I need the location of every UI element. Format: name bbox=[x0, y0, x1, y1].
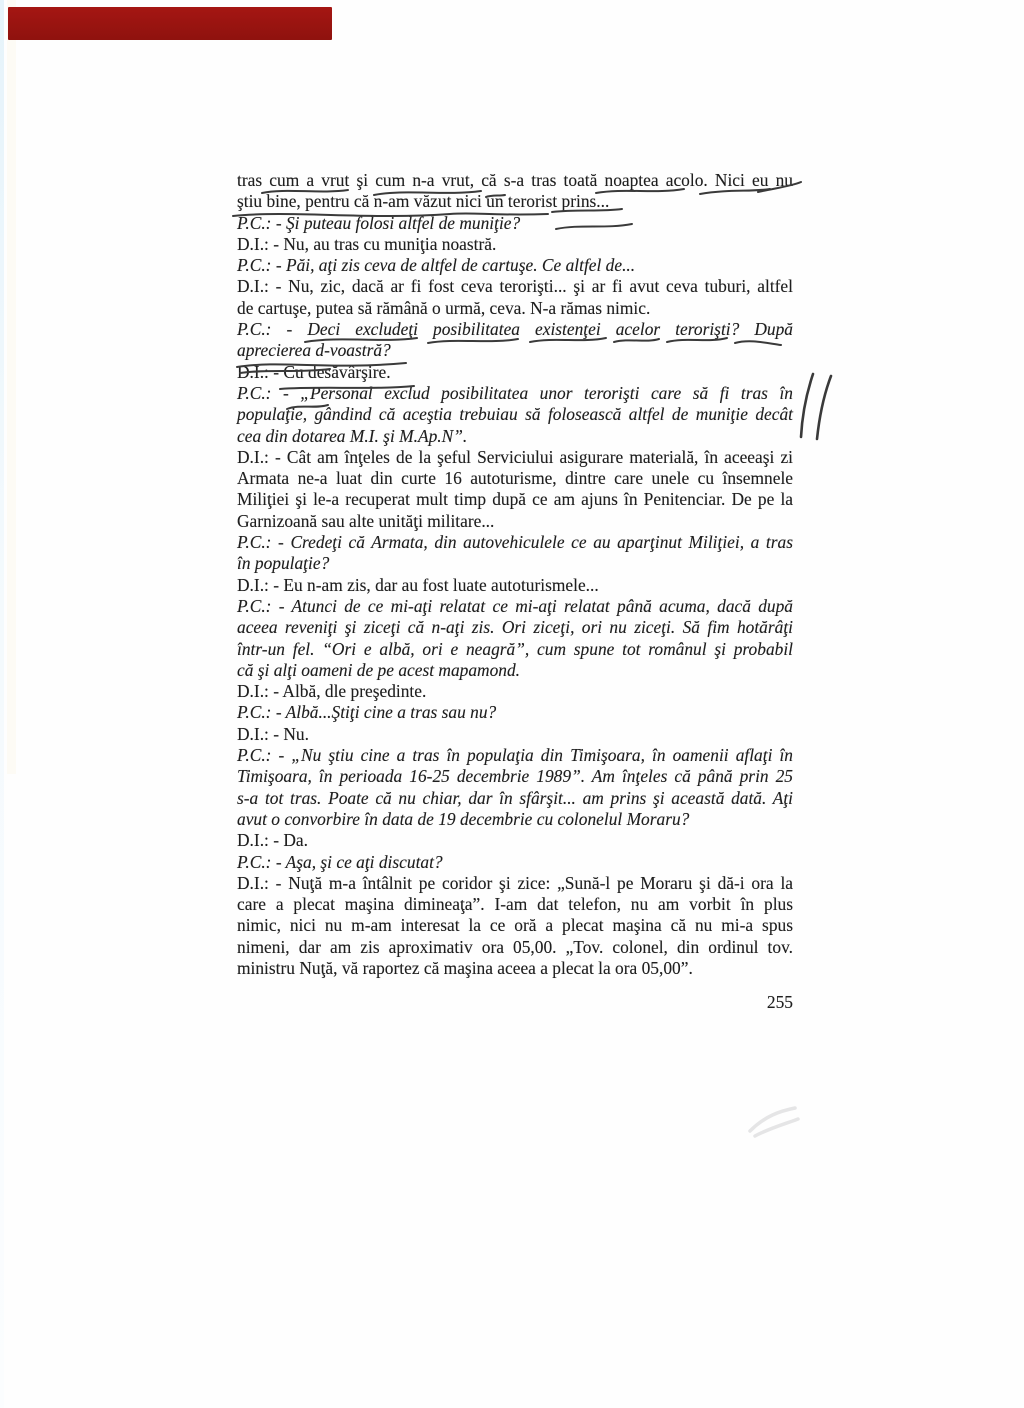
paragraph: P.C.: - Şi puteau folosi altfel de muniţ… bbox=[237, 213, 793, 234]
text-line: populaţie, gândind că aceştia trebuiau s… bbox=[237, 404, 793, 425]
paragraph: P.C.: - Păi, aţi zis ceva de altfel de c… bbox=[237, 255, 793, 276]
text-line: P.C.: - Păi, aţi zis ceva de altfel de c… bbox=[237, 255, 793, 276]
text-line: P.C.: - Albă...Ştiţi cine a tras sau nu? bbox=[237, 702, 793, 723]
text-line: aprecierea d-voastră? bbox=[237, 340, 793, 361]
text-line: Armata ne-a luat din curte 16 autoturism… bbox=[237, 468, 793, 489]
paragraph: tras cum a vrut şi cum n-a vrut, că s-a … bbox=[237, 170, 793, 213]
paragraph: D.I.: - Eu n-am zis, dar au fost luate a… bbox=[237, 575, 793, 596]
text-line: nimeni, dar am zis aproximativ ora 05,00… bbox=[237, 937, 793, 958]
paragraph: D.I.: - Nuţă m-a întâlnit pe coridor şi … bbox=[237, 873, 793, 979]
scan-edge-tint-cream bbox=[7, 0, 16, 774]
text-line: D.I.: - Cu desăvârşire. bbox=[237, 362, 793, 383]
text-line: aceea reveniţi şi ziceţi că n-aţi zis. O… bbox=[237, 617, 793, 638]
paragraph: P.C.: - Aşa, şi ce aţi discutat? bbox=[237, 852, 793, 873]
text-line: în populaţie? bbox=[237, 553, 793, 574]
text-line: D.I.: - Nu, zic, dacă ar fi fost ceva te… bbox=[237, 276, 793, 297]
text-line: D.I.: - Eu n-am zis, dar au fost luate a… bbox=[237, 575, 793, 596]
text-line: de cartuşe, putea să rămână o urmă, ceva… bbox=[237, 298, 793, 319]
text-column: tras cum a vrut şi cum n-a vrut, că s-a … bbox=[237, 170, 793, 979]
scan-red-bar-artifact bbox=[8, 7, 332, 40]
text-line: tras cum a vrut şi cum n-a vrut, că s-a … bbox=[237, 170, 793, 191]
paragraph: D.I.: - Nu, zic, dacă ar fi fost ceva te… bbox=[237, 276, 793, 319]
text-line: cea din dotarea M.I. şi M.Ap.N”. bbox=[237, 426, 793, 447]
paragraph: P.C.: - „Nu ştiu cine a tras în populaţi… bbox=[237, 745, 793, 830]
text-line: D.I.: - Nu, au tras cu muniţia noastră. bbox=[237, 234, 793, 255]
page-number: 255 bbox=[237, 992, 793, 1013]
text-line: P.C.: - „Personal exclud posibilitatea u… bbox=[237, 383, 793, 404]
text-line: s-a tot tras. Poate că nu chiar, dar în … bbox=[237, 788, 793, 809]
text-line: nimic, nici nu m-am interesat la ce oră … bbox=[237, 915, 793, 936]
text-line: D.I.: - Da. bbox=[237, 830, 793, 851]
paragraph: P.C.: - Credeţi că Armata, din autovehic… bbox=[237, 532, 793, 575]
text-line: D.I.: - Cât am înţeles de la şeful Servi… bbox=[237, 447, 793, 468]
paragraph: D.I.: - Albă, dle preşedinte. bbox=[237, 681, 793, 702]
text-line: Garnizoană sau alte unităţi militare... bbox=[237, 511, 793, 532]
text-line: ministru Nuţă, vă raportez că maşina ace… bbox=[237, 958, 793, 979]
text-line: P.C.: - Deci excludeţi posibilitatea exi… bbox=[237, 319, 793, 340]
text-line: avut o convorbire în data de 19 decembri… bbox=[237, 809, 793, 830]
scan-edge-tint-left bbox=[0, 0, 4, 1408]
text-line: D.I.: - Nuţă m-a întâlnit pe coridor şi … bbox=[237, 873, 793, 894]
pencil-smudge bbox=[755, 1119, 798, 1136]
text-line: D.I.: - Nu. bbox=[237, 724, 793, 745]
text-line: Timişoara, în perioada 16-25 decembrie 1… bbox=[237, 766, 793, 787]
text-line: care a plecat maşina dimineaţa”. I-am da… bbox=[237, 894, 793, 915]
paragraph: D.I.: - Nu, au tras cu muniţia noastră. bbox=[237, 234, 793, 255]
text-line: P.C.: - Atunci de ce mi-aţi relatat ce m… bbox=[237, 596, 793, 617]
paragraph: P.C.: - „Personal exclud posibilitatea u… bbox=[237, 383, 793, 447]
pencil-smudge bbox=[750, 1108, 795, 1131]
text-line: într-un fel. “Ori e albă, ori e neagră”,… bbox=[237, 639, 793, 660]
scanned-page: tras cum a vrut şi cum n-a vrut, că s-a … bbox=[0, 0, 1024, 1408]
margin-double-slash-mark bbox=[817, 376, 831, 439]
paragraph: D.I.: - Cât am înţeles de la şeful Servi… bbox=[237, 447, 793, 532]
paragraph: D.I.: - Cu desăvârşire. bbox=[237, 362, 793, 383]
text-line: Miliţiei şi le-a recuperat mult timp dup… bbox=[237, 489, 793, 510]
text-line: că şi alţi oameni de pe acest mapamond. bbox=[237, 660, 793, 681]
text-line: P.C.: - Aşa, şi ce aţi discutat? bbox=[237, 852, 793, 873]
text-line: ştiu bine, pentru că n-am văzut nici un … bbox=[237, 191, 793, 212]
text-line: P.C.: - „Nu ştiu cine a tras în populaţi… bbox=[237, 745, 793, 766]
paragraph: P.C.: - Albă...Ştiţi cine a tras sau nu? bbox=[237, 702, 793, 723]
text-line: D.I.: - Albă, dle preşedinte. bbox=[237, 681, 793, 702]
text-line: P.C.: - Credeţi că Armata, din autovehic… bbox=[237, 532, 793, 553]
text-line: P.C.: - Şi puteau folosi altfel de muniţ… bbox=[237, 213, 793, 234]
margin-double-slash-mark bbox=[801, 374, 813, 437]
paragraph: P.C.: - Atunci de ce mi-aţi relatat ce m… bbox=[237, 596, 793, 681]
paragraph: P.C.: - Deci excludeţi posibilitatea exi… bbox=[237, 319, 793, 362]
paragraph: D.I.: - Nu. bbox=[237, 724, 793, 745]
paragraph: D.I.: - Da. bbox=[237, 830, 793, 851]
